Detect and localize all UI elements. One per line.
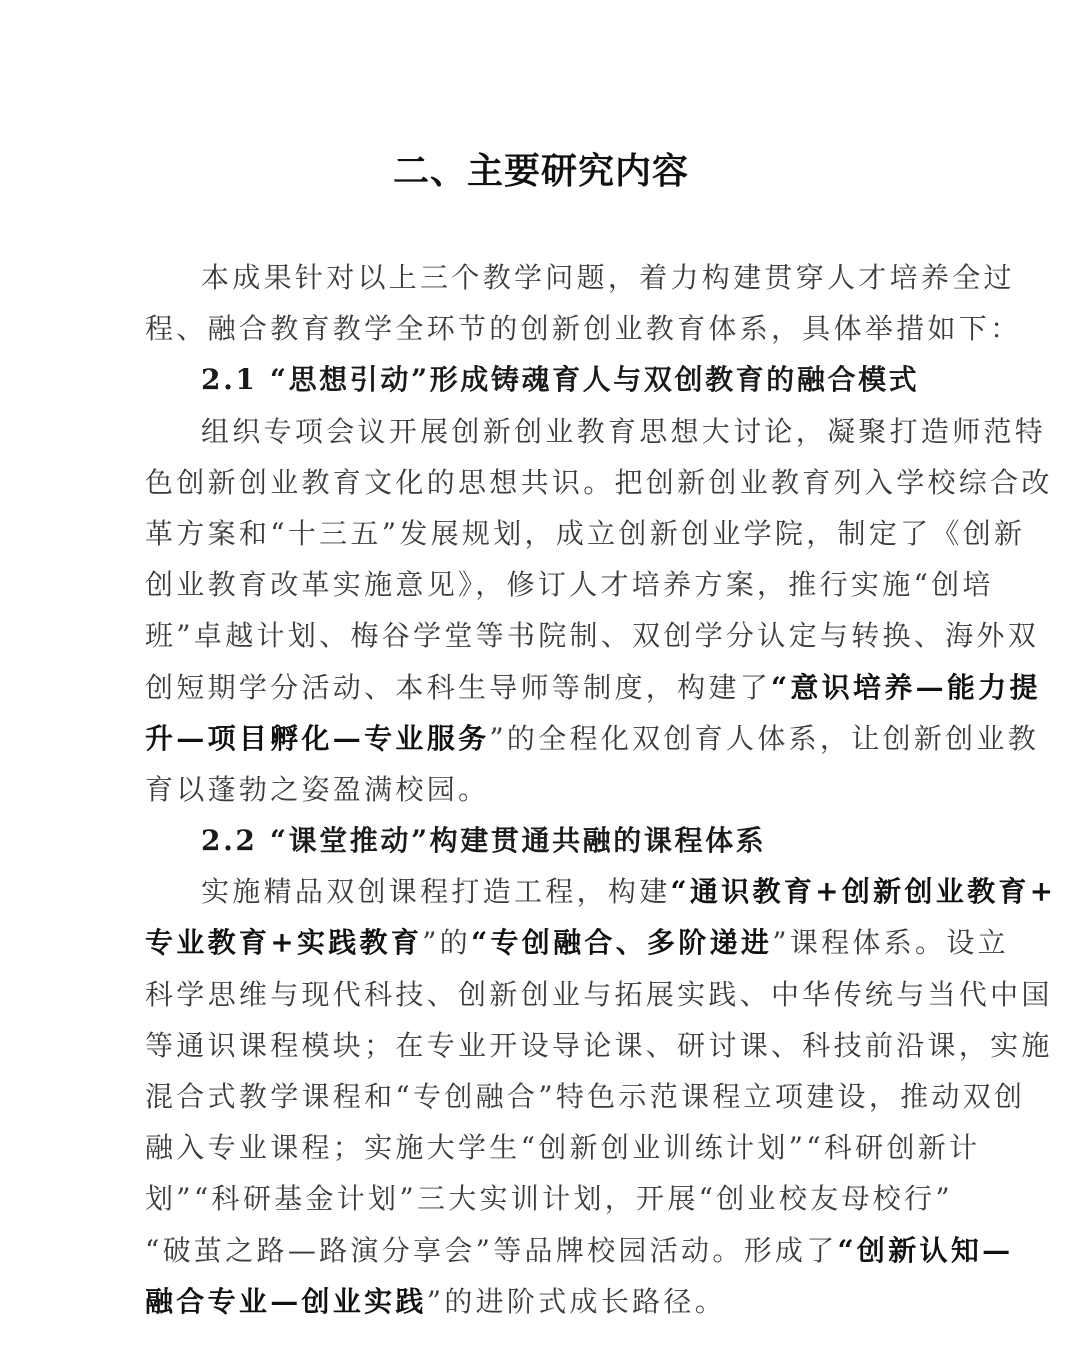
text-run: 班”卓越计划、梅谷学堂等书院制、双创学分认定与转换、海外双 [145,619,1039,652]
text-run: “破茧之路—路演分享会”等品牌校园活动。形成了 [145,1234,838,1267]
paragraph-line: 实施精品双创课程打造工程，构建“通识教育+创新创业教育+ [145,866,937,917]
paragraph-line: 混合式教学课程和“专创融合”特色示范课程立项建设，推动双创 [145,1071,937,1122]
paragraph-line: 创短期学分活动、本科生导师等制度，构建了“意识培养—能力提 [145,662,937,713]
emphasized-text: “意识培养—能力提 [771,671,1041,704]
paragraph-line: 组织专项会议开展创新创业教育思想大讨论，凝聚打造师范特 [145,406,937,457]
subsection-heading-2-2: 2.2 “课堂推动”构建贯通共融的课程体系 [145,815,937,866]
text-run: 融入专业课程；实施大学生“创新创业训练计划”“科研创新计 [145,1131,980,1164]
text-run: 等通识课程模块；在专业开设导论课、研讨课、科技前沿课，实施 [145,1029,1053,1062]
subsection-heading-2-1: 2.1 “思想引动”形成铸魂育人与双创教育的融合模式 [145,354,937,405]
paragraph-line: 划”“科研基金计划”三大实训计划，开展“创业校友母校行” [145,1173,937,1224]
text-run: 科学思维与现代科技、创新创业与拓展实践、中华传统与当代中国 [145,978,1053,1011]
document-body: 本成果针对以上三个教学问题，着力构建贯穿人才培养全过 程、融合教育教学全环节的创… [145,252,937,1327]
paragraph-line: 专业教育+实践教育”的“专创融合、多阶递进”课程体系。设立 [145,917,937,968]
intro-line: 程、融合教育教学全环节的创新创业教育体系，具体举措如下： [145,303,937,354]
emphasized-text: 融合专业—创业实践 [145,1285,427,1318]
paragraph-line: 育以蓬勃之姿盈满校园。 [145,764,937,815]
intro-line: 本成果针对以上三个教学问题，着力构建贯穿人才培养全过 [145,252,937,303]
text-run: 创业教育改革实施意见》，修订人才培养方案，推行实施“创培 [145,568,994,601]
text-run: ”的 [422,926,471,959]
text-run: 划”“科研基金计划”三大实训计划，开展“创业校友母校行” [145,1182,953,1215]
text-run: 创短期学分活动、本科生导师等制度，构建了 [145,671,771,704]
paragraph-line: 等通识课程模块；在专业开设导论课、研讨课、科技前沿课，实施 [145,1020,937,1071]
text-run: 育以蓬勃之姿盈满校园。 [145,773,489,806]
paragraph-line: 色创新创业教育文化的思想共识。把创新创业教育列入学校综合改 [145,457,937,508]
paragraph-line: 班”卓越计划、梅谷学堂等书院制、双创学分认定与转换、海外双 [145,610,937,661]
text-run: 色创新创业教育文化的思想共识。把创新创业教育列入学校综合改 [145,466,1053,499]
text-run: ”的进阶式成长路径。 [427,1285,726,1318]
text-run: 实施精品双创课程打造工程，构建 [201,875,671,908]
paragraph-line: “破茧之路—路演分享会”等品牌校园活动。形成了“创新认知— [145,1225,937,1276]
paragraph-line: 融合专业—创业实践”的进阶式成长路径。 [145,1276,937,1327]
paragraph-line: 融入专业课程；实施大学生“创新创业训练计划”“科研创新计 [145,1122,937,1173]
paragraph-line: 升—项目孵化—专业服务”的全程化双创育人体系，让创新创业教 [145,713,937,764]
emphasized-text: 升—项目孵化—专业服务 [145,722,489,755]
text-run: 混合式教学课程和“专创融合”特色示范课程立项建设，推动双创 [145,1080,1025,1113]
paragraph-line: 创业教育改革实施意见》，修订人才培养方案，推行实施“创培 [145,559,937,610]
emphasized-text: “专创融合、多阶递进 [471,926,772,959]
paragraph-line: 科学思维与现代科技、创新创业与拓展实践、中华传统与当代中国 [145,969,937,1020]
text-run: ”的全程化双创育人体系，让创新创业教 [489,722,1039,755]
text-run: 组织专项会议开展创新创业教育思想大讨论，凝聚打造师范特 [201,415,1046,448]
emphasized-text: “创新认知— [838,1234,1014,1267]
paragraph-line: 革方案和“十三五”发展规划，成立创新创业学院，制定了《创新 [145,508,937,559]
text-run: 革方案和“十三五”发展规划，成立创新创业学院，制定了《创新 [145,517,1025,550]
section-title: 二、主要研究内容 [145,148,937,196]
emphasized-text: 专业教育+实践教育 [145,926,422,959]
text-run: ”课程体系。设立 [772,926,1009,959]
emphasized-text: “通识教育+创新创业教育+ [671,875,1057,908]
